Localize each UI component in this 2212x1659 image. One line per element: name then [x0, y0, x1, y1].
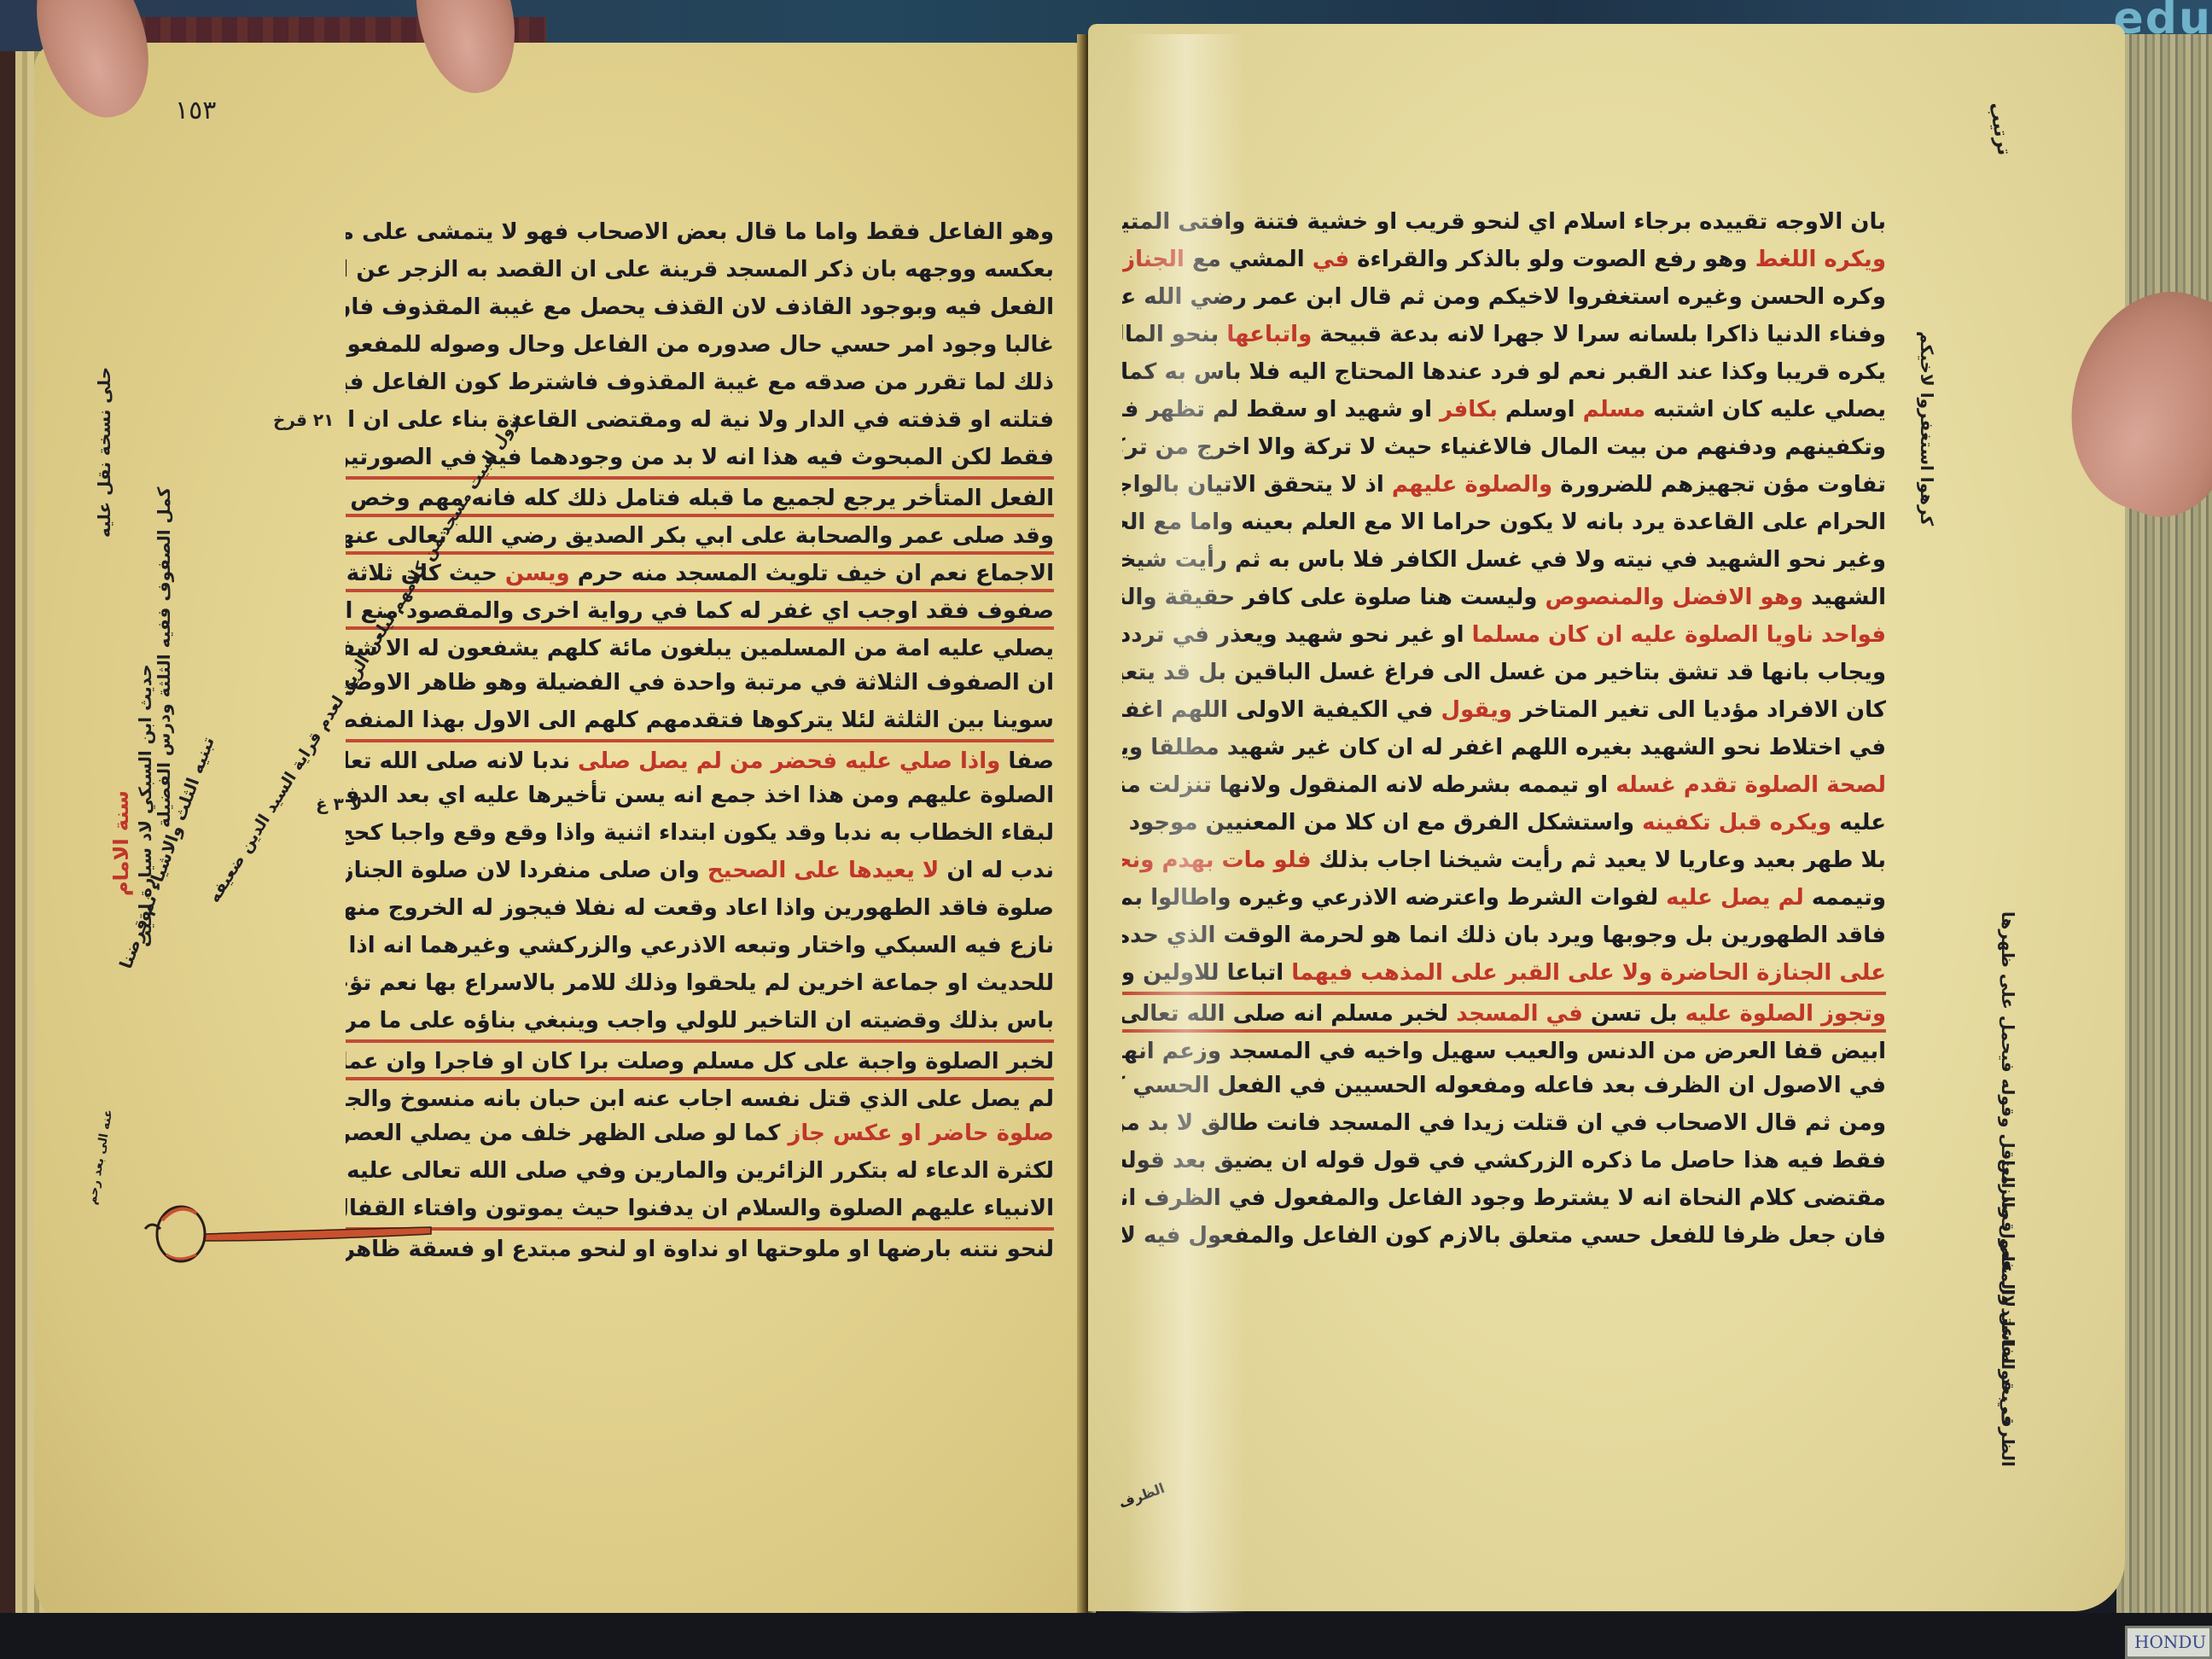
- manuscript-line: نازع فيه السبكي واختار وتبعه الاذرعي وال…: [346, 927, 1054, 964]
- manuscript-line: صفوف فقد اوجب اي غفر له كما في رواية اخر…: [346, 589, 1054, 626]
- rubric-red-text: مسلم: [1583, 397, 1646, 422]
- manuscript-line: الاجماع نعم ان خيف تلويث المسجد منه حرم …: [346, 551, 1054, 589]
- manuscript-line: ان الصفوف الثلاثة في مرتبة واحدة في الفض…: [346, 664, 1054, 701]
- manuscript-line: الفعل فيه وبوجود القاذف لان القذف يحصل م…: [346, 288, 1054, 326]
- decorative-flourish-icon: [128, 1195, 435, 1263]
- manuscript-line: باس بذلك وقضيته ان التاخير للولي واجب وي…: [346, 1002, 1054, 1039]
- margin-note-right: الظرف بعد الفاعل والمفعول والزمن: [1998, 1159, 2018, 1467]
- manuscript-line: للحديث او جماعة اخرين لم يلحقوا وذلك للا…: [346, 964, 1054, 1002]
- rubric-red-text: وتجوز الصلوة عليه: [1685, 1001, 1886, 1027]
- folio-number: ١٥٣: [175, 96, 216, 125]
- rubric-red-text: بكافر: [1440, 397, 1498, 422]
- rubric-red-text: لصحة الصلوة تقدم غسله: [1615, 772, 1886, 798]
- manuscript-line: صلوة حاضر او عكس جاز كما لو صلى الظهر خل…: [346, 1115, 1054, 1152]
- margin-note: كمل الصفوف ففيه الثلثة ودرس الفضيلة: [154, 487, 174, 828]
- rubric-red-text: لا يعيدها على الصحيح: [707, 858, 939, 883]
- manuscript-line: سوينا بين الثلثة لئلا يتركوها فتقدمهم كل…: [346, 701, 1054, 739]
- book-edge-right: [2116, 34, 2212, 1621]
- rubric-red-text: ويقول: [1441, 697, 1513, 723]
- left-page: ١٥٣ وهو الفاعل فقط واما ما قال بعض الاصح…: [34, 43, 1084, 1630]
- rubric-red-text: ويكره قبل تكفينه: [1642, 810, 1831, 835]
- rubric-red-text: صلوة حاضر او عكس جاز: [788, 1121, 1054, 1146]
- rubric-red-text: ويكره اللغط: [1755, 247, 1886, 272]
- manuscript-line: الصلوة عليهم ومن هذا اخذ جمع انه يسن تأخ…: [346, 777, 1054, 814]
- rubric-red-text: فواحد ناويا الصلوة عليه ان كان مسلما: [1472, 622, 1886, 648]
- rubric-red-text: واذا صلي عليه فحضر من لم يصل صلى: [578, 748, 1000, 774]
- manuscript-line: فتلته او قذفته في الدار ولا نية له ومقتض…: [346, 401, 1054, 439]
- manuscript-line: لخبر الصلوة واجبة على كل مسلم وصلت برا ك…: [346, 1039, 1054, 1077]
- rubric-red-text: وهو الافضل والمنصوص: [1545, 585, 1804, 610]
- manuscript-line: الانبياء عليهم الصلوة والسلام ان يدفنوا …: [346, 1190, 1054, 1227]
- margin-note-right: كرهوا استغفروا لاخيكم: [1917, 331, 1937, 526]
- margin-note-small: ٢١ قرخ: [273, 410, 334, 430]
- table-shadow: [0, 1613, 2212, 1659]
- left-page-main-text: وهو الفاعل فقط واما ما قال بعض الاصحاب ف…: [346, 213, 1054, 1265]
- manuscript-line: وهو الفاعل فقط واما ما قال بعض الاصحاب ف…: [346, 213, 1054, 251]
- rubric-red-text: على الجنازة الحاضرة ولا على القبر على ال…: [1291, 960, 1886, 986]
- manuscript-line: بعكسه ووجهه بان ذكر المسجد قرينة على ان …: [346, 251, 1054, 288]
- manuscript-line: لم يصل على الذي قتل نفسه اجاب عنه ابن حب…: [346, 1077, 1054, 1115]
- rubric-red-text: في المسجد: [1456, 1001, 1583, 1027]
- manuscript-line: لنحو نتنه بارضها او ملوحتها او نداوة او …: [346, 1227, 1054, 1265]
- library-label: HONDU: [2125, 1626, 2212, 1659]
- manuscript-line: فقط لكن المبحوث فيه هذا انه لا بد من وجو…: [346, 439, 1054, 476]
- manuscript-line: ندب له ان لا يعيدها على الصحيح وان صلى م…: [346, 852, 1054, 889]
- manuscript-line: صلوة فاقد الطهورين واذا اعاد وقعت له نفل…: [346, 889, 1054, 927]
- rubric-red-text: في: [1313, 247, 1349, 272]
- margin-note-small: لا ٣ غ: [316, 794, 363, 814]
- margin-note-top-left: حلى نسخة نقل عليه: [94, 367, 114, 538]
- rubric-red-text: ويسن: [505, 561, 570, 586]
- flourish-text: عنه الى بعد رحم: [85, 1109, 115, 1206]
- manuscript-line: لبقاء الخطاب به ندبا وقد يكون ابتداء اثن…: [346, 814, 1054, 852]
- manuscript-line: لكثرة الدعاء له بتكرر الزائرين والمارين …: [346, 1152, 1054, 1190]
- rubric-red-text: لم يصل عليه: [1666, 885, 1804, 911]
- catchword-top: ترتيب: [1984, 101, 2014, 157]
- page-glare: [1126, 34, 1246, 1621]
- manuscript-line: صفا واذا صلي عليه فحضر من لم يصل صلى ندب…: [346, 739, 1054, 777]
- manuscript-line: غالبا وجود امر حسي حال صدوره من الفاعل و…: [346, 326, 1054, 364]
- manuscript-line: ذلك لما تقرر من صدقه مع غيبة المقذوف فاش…: [346, 364, 1054, 401]
- margin-note-red: سنة الامام: [109, 790, 133, 896]
- rubric-red-text: والصلوة عليهم: [1392, 472, 1552, 498]
- manuscript-line: يصلي عليه امة من المسلمين يبلغون مائة كل…: [346, 626, 1054, 664]
